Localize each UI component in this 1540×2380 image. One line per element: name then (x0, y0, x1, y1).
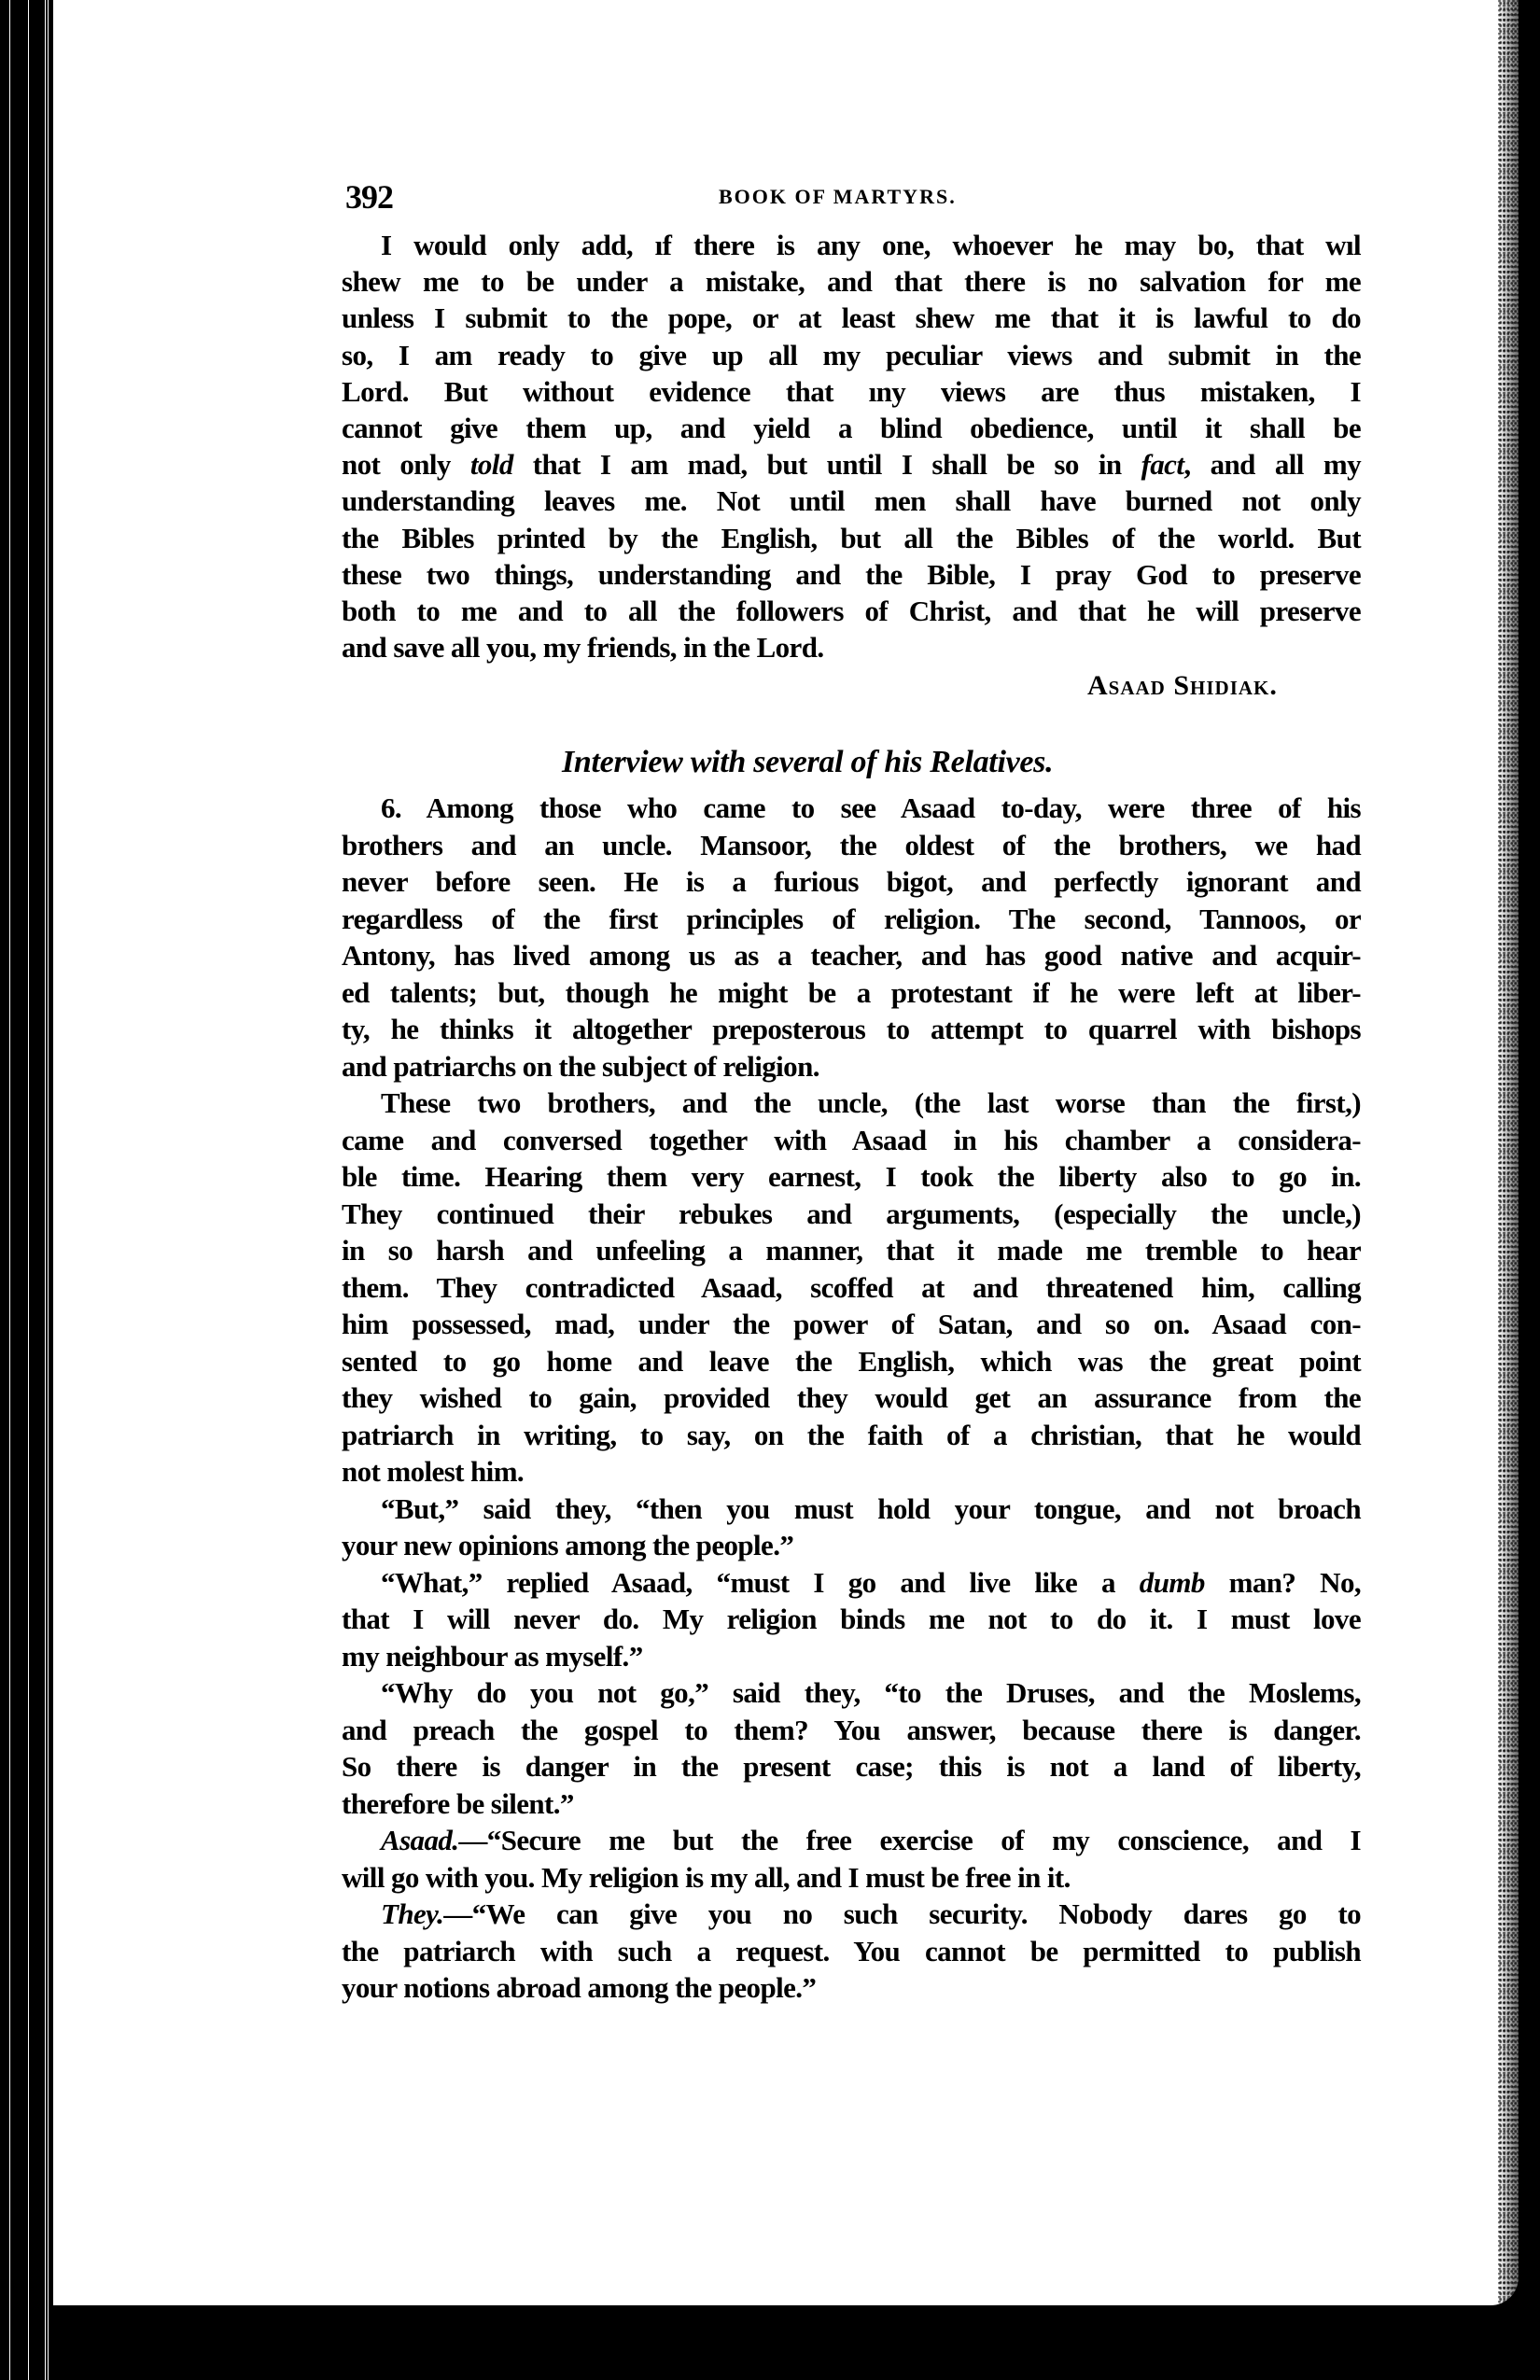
italic-text: Asaad. (381, 1824, 458, 1856)
text-run: 6. Among those who came to see Asaad to-… (381, 791, 1361, 824)
text-run: him possessed, mad, under the power of S… (342, 1308, 1361, 1340)
text-run: I would only add, ıf there is any one, w… (381, 229, 1361, 261)
letter-line: understanding leaves me. Not until men s… (342, 486, 1361, 515)
section-line: your new opinions among the people.” (342, 1531, 1361, 1560)
section-line: therefore be silent.” (342, 1789, 1361, 1818)
section-line: that I will never do. My religion binds … (342, 1604, 1361, 1633)
text-run: therefore be silent.” (342, 1787, 574, 1820)
text-run: never before seen. He is a furious bigot… (342, 865, 1361, 898)
section-line: They.—“We can give you no such security.… (342, 1899, 1361, 1928)
text-run: , and all my (1183, 448, 1361, 481)
section-line: in so harsh and unfeeling a manner, that… (342, 1236, 1361, 1265)
text-run: your notions abroad among the people.” (342, 1971, 816, 2004)
section-line: the patriarch with such a request. You c… (342, 1937, 1361, 1966)
text-run: and preach the gospel to them? You answe… (342, 1714, 1361, 1746)
text-run: the patriarch with such a request. You c… (342, 1935, 1361, 1967)
section-line: your notions abroad among the people.” (342, 1973, 1361, 2002)
italic-text: fact (1141, 448, 1184, 481)
text-run: shew me to be under a mistake, and that … (342, 265, 1361, 298)
text-run: the Bibles printed by the English, but a… (342, 522, 1361, 554)
section-line: never before seen. He is a furious bigot… (342, 867, 1361, 896)
book-binding-gutter (0, 0, 53, 2380)
text-run: will go with you. My religion is my all,… (342, 1861, 1071, 1894)
letter-line: unless I submit to the pope, or at least… (342, 303, 1361, 332)
letter-line: Lord. But without evidence that ıny view… (342, 377, 1361, 406)
letter-line: and save all you, my friends, in the Lor… (342, 633, 1361, 662)
section-line: “What,” replied Asaad, “must I go and li… (342, 1568, 1361, 1597)
section-line: They continued their rebukes and argumen… (342, 1199, 1361, 1228)
text-run: “What,” replied Asaad, “must I go and li… (381, 1566, 1140, 1599)
section-line: came and conversed together with Asaad i… (342, 1126, 1361, 1155)
section-line: they wished to gain, provided they would… (342, 1383, 1361, 1412)
text-run: ty, he thinks it altogether preposterous… (342, 1013, 1361, 1045)
section-line: These two brothers, and the uncle, (the … (342, 1088, 1361, 1117)
section-line: So there is danger in the present case; … (342, 1752, 1361, 1781)
page-fore-edge (1498, 0, 1540, 2380)
running-head: 392 Book of Martyrs. (342, 177, 1361, 209)
running-title: Book of Martyrs. (719, 185, 957, 209)
text-run: patriarch in writing, to say, on the fai… (342, 1419, 1361, 1451)
section-line: Asaad.—“Secure me but the free exercise … (342, 1826, 1361, 1855)
italic-text: told (470, 448, 513, 481)
section-line: them. They contradicted Asaad, scoffed a… (342, 1273, 1361, 1302)
section-line: Antony, has lived among us as a teacher,… (342, 941, 1361, 970)
text-run: and save all you, my friends, in the Lor… (342, 631, 824, 664)
section-line: will go with you. My religion is my all,… (342, 1863, 1361, 1892)
text-run: “Why do you not go,” said they, “to the … (381, 1676, 1361, 1709)
section-line: and patriarchs on the subject of religio… (342, 1052, 1361, 1081)
section-line: my neighbour as myself.” (342, 1642, 1361, 1671)
text-run: So there is danger in the present case; … (342, 1750, 1361, 1783)
text-run: sented to go home and leave the English,… (342, 1345, 1361, 1378)
text-run: both to me and to all the followers of C… (342, 595, 1361, 627)
letter-line: I would only add, ıf there is any one, w… (342, 231, 1361, 259)
italic-text: dumb (1140, 1566, 1205, 1599)
text-run: These two brothers, and the uncle, (the … (381, 1086, 1361, 1119)
text-run: man? No, (1205, 1566, 1361, 1599)
text-run: came and conversed together with Asaad i… (342, 1124, 1361, 1156)
letter-signature: Asaad Shidiak. (1087, 670, 1278, 702)
letter-line: shew me to be under a mistake, and that … (342, 267, 1361, 296)
section-line: ble time. Hearing them very earnest, I t… (342, 1162, 1361, 1191)
letter-line: so, I am ready to give up all my peculia… (342, 341, 1361, 370)
section-line: ed talents; but, though he might be a pr… (342, 978, 1361, 1007)
section-line: not molest him. (342, 1457, 1361, 1486)
text-run: “But,” said they, “then you must hold yo… (381, 1492, 1361, 1525)
letter-line: both to me and to all the followers of C… (342, 596, 1361, 625)
text-run: that I will never do. My religion binds … (342, 1603, 1361, 1635)
section-line: and preach the gospel to them? You answe… (342, 1715, 1361, 1744)
text-run: these two things, understanding and the … (342, 558, 1361, 591)
section-line: regardless of the first principles of re… (342, 904, 1361, 933)
text-run: ed talents; but, though he might be a pr… (342, 976, 1361, 1009)
text-run: understanding leaves me. Not until men s… (342, 484, 1361, 517)
text-run: They continued their rebukes and argumen… (342, 1197, 1361, 1230)
section-line: 6. Among those who came to see Asaad to-… (342, 793, 1361, 822)
section-line: him possessed, mad, under the power of S… (342, 1309, 1361, 1338)
text-run: so, I am ready to give up all my peculia… (342, 339, 1361, 371)
section-line: ty, he thinks it altogether preposterous… (342, 1015, 1361, 1043)
text-run: cannot give them up, and yield a blind o… (342, 412, 1361, 444)
text-run: brothers and an uncle. Mansoor, the olde… (342, 829, 1361, 861)
section-line: “But,” said they, “then you must hold yo… (342, 1494, 1361, 1523)
text-run: Lord. But without evidence that ıny view… (342, 375, 1361, 408)
section-line: “Why do you not go,” said they, “to the … (342, 1678, 1361, 1707)
text-run: unless I submit to the pope, or at least… (342, 301, 1361, 334)
page-number: 392 (345, 177, 393, 217)
section-line: patriarch in writing, to say, on the fai… (342, 1421, 1361, 1449)
section-line: brothers and an uncle. Mansoor, the olde… (342, 831, 1361, 860)
text-run: not molest him. (342, 1455, 524, 1488)
text-run: that I am mad, but until I shall be so i… (513, 448, 1141, 481)
text-run: ble time. Hearing them very earnest, I t… (342, 1160, 1361, 1193)
text-run: my neighbour as myself.” (342, 1640, 643, 1673)
text-run: Antony, has lived among us as a teacher,… (342, 939, 1361, 972)
letter-line: not only told that I am mad, but until I… (342, 450, 1361, 479)
text-run: —“Secure me but the free exercise of my … (458, 1824, 1361, 1856)
text-run: not only (342, 448, 470, 481)
text-run: them. They contradicted Asaad, scoffed a… (342, 1271, 1361, 1304)
text-run: they wished to gain, provided they would… (342, 1381, 1361, 1414)
text-run: —“We can give you no such security. Nobo… (443, 1897, 1361, 1930)
section-line: sented to go home and leave the English,… (342, 1347, 1361, 1376)
section-heading: Interview with several of his Relatives. (562, 745, 1053, 780)
text-run: in so harsh and unfeeling a manner, that… (342, 1234, 1361, 1267)
letter-line: these two things, understanding and the … (342, 560, 1361, 589)
letter-line: cannot give them up, and yield a blind o… (342, 413, 1361, 442)
text-run: your new opinions among the people.” (342, 1529, 793, 1561)
italic-text: They. (381, 1897, 443, 1930)
text-run: and patriarchs on the subject of religio… (342, 1050, 819, 1083)
letter-line: the Bibles printed by the English, but a… (342, 524, 1361, 553)
text-run: regardless of the first principles of re… (342, 903, 1361, 935)
